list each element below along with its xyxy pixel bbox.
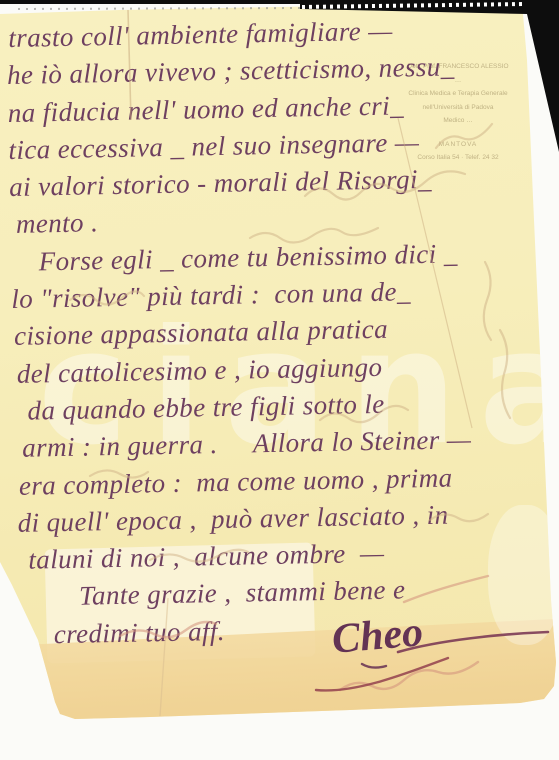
scanner-top-edge — [0, 0, 559, 4]
letter-scan: ciana Dott. Prof. FRANCESCO ALESSIO…Clin… — [0, 0, 559, 760]
letter-body: trasto coll' ambiente famigliare —he iò … — [6, 9, 559, 653]
paper-sheet: ciana Dott. Prof. FRANCESCO ALESSIO…Clin… — [0, 0, 559, 760]
signature: Cheo — [330, 608, 425, 664]
